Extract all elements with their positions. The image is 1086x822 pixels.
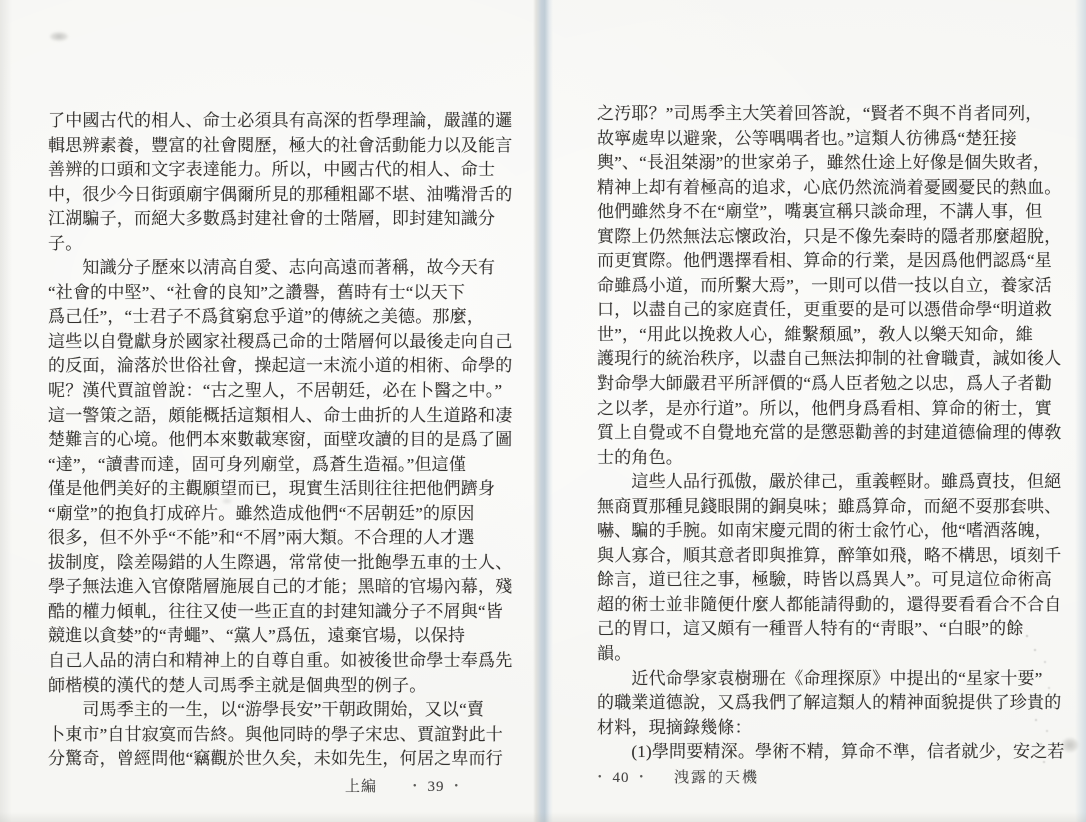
text-line: “社會的中堅”、“社會的良知”之讚譽，舊時有士“以天下: [48, 281, 534, 306]
text-line: 司馬季主的一生，以“游學長安”干朝政開始，又以“賣: [48, 698, 534, 723]
text-line: 自己人品的淸白和精神上的自尊自重。如被後世命學士奉爲先: [48, 649, 534, 674]
page-number-left: 39: [428, 779, 445, 795]
text-line: 爲己任”，“士君子不爲貧窮怠乎道”的傳統之美德。那麼，: [48, 305, 534, 330]
text-line: 實際上仍然無法忘懷政治，只是不像先秦時的隱者那麼超脫，: [597, 225, 1069, 250]
text-line: 世”，“用此以挽救人心，維繫頹風”，敎人以樂天知命，維: [597, 323, 1069, 348]
text-line: 精神上却有着極高的追求，心底仍然流淌着憂國憂民的熱血。: [597, 176, 1069, 201]
text-line: (1)學問要精深。學術不精，算命不準，信者就少，安之若: [597, 740, 1069, 765]
text-line: 命雖爲小道，而所繫大焉”，一則可以借一技以自立，養家活: [597, 274, 1069, 299]
text-line: 學子無法進入官僚階層施展自己的才能；黑暗的官場內幕，殘: [48, 575, 534, 600]
text-line: 己的胃口，這又頗有一種晋人特有的“靑眼”、“白眼”的餘: [597, 617, 1069, 642]
text-line: 之汚耶？”司馬季主大笑着回答說，“賢者不與不肖者同列，: [597, 102, 1069, 127]
scan-smudge: [222, 498, 232, 504]
text-line: 材料，現摘錄幾條：: [597, 716, 1069, 741]
book-title: 洩露的天機: [674, 770, 759, 786]
text-line: 他們雖然身不在“廟堂”，嘴裏宣稱只談命理，不講人事，但: [597, 200, 1069, 225]
text-line: 與人寡合，順其意者即與推算，醉筆如飛，略不構思，頃刻千: [597, 544, 1069, 569]
text-line: 這一警策之語，頗能概括這類相人、命士曲折的人生道路和凄: [48, 404, 534, 429]
text-line: 超的術士並非隨便什麼人都能請得動的，還得要看看合不合自: [597, 593, 1069, 618]
text-line: 江湖騙子，而絕大多數爲封建社會的士階層，即封建知識分: [48, 207, 534, 232]
footer-bullet: •: [455, 781, 460, 792]
text-line: 了中國古代的相人、命士必須具有高深的哲學理論，嚴謹的邏: [48, 109, 534, 134]
text-line: 呢？漢代賈誼曾說：“古之聖人，不居朝廷，必在卜醫之中。”: [48, 379, 534, 404]
footer-bullet: •: [640, 772, 645, 783]
scan-smudge: [50, 32, 68, 41]
pencil-marks: [1026, 635, 1028, 637]
text-line: 質上自覺或不自覺地充當的是懲惡勸善的封建道德倫理的傳敎: [597, 421, 1069, 446]
footer-bullet: •: [598, 772, 603, 783]
text-line: 對命學大師嚴君平所評價的“爲人臣者勉之以忠，爲人子者勸: [597, 372, 1069, 397]
text-line: 餘言，道已往之事，極驗，時皆以爲異人”。可見這位命術高: [597, 568, 1069, 593]
text-line: 這些以自覺獻身於國家社稷爲己命的士階層何以最後走向自己: [48, 330, 534, 355]
text-line: 的職業道德說，又爲我們了解這類人的精神面貌提供了珍貴的: [597, 691, 1069, 716]
footer-bullet: •: [413, 781, 418, 792]
text-line: 故寧處卑以避衆，公等喁喁者也。”這類人彷彿爲“楚狂接: [597, 127, 1069, 152]
text-line: 輯思辨素養，豐富的社會閱歷，極大的社會活動能力以及能言: [48, 134, 534, 159]
section-label: 上編: [345, 779, 377, 795]
text-line: 子。: [48, 232, 534, 257]
text-line: 善辨的口頭和文字表達能力。所以，中國古代的相人、命士: [48, 158, 534, 183]
text-line: 酷的權力傾軋，往往又使一些正直的封建知識分子不屑與“皆: [48, 600, 534, 625]
book-scan: 了中國古代的相人、命士必須具有高深的哲學理論，嚴謹的邏輯思辨素養，豐富的社會閱歷…: [0, 0, 1086, 822]
text-line: 的反面，淪落於世俗社會，操起這一末流小道的相術、命學的: [48, 354, 534, 379]
text-line: 韻。: [597, 642, 1069, 667]
text-line: 競進以貪婪”的“靑蠅”、“黨人”爲伍，遠棄官場，以保持: [48, 624, 534, 649]
text-line: 中，很少今日街頭廟宇偶爾所見的那種粗鄙不堪、油嘴滑舌的: [48, 183, 534, 208]
text-line: 這些人品行孤傲，嚴於律己，重義輕財。雖爲賣技，但絕: [597, 470, 1069, 495]
text-line: 口，以盡自己的家庭責任，更重要的是可以憑借命學“明道救: [597, 298, 1069, 323]
text-line: 士的角色。: [597, 446, 1069, 471]
text-line: 嚇、騙的手腕。如南宋慶元間的術士兪竹心，他“嗜酒落魄，: [597, 519, 1069, 544]
text-line: “達”，“讀書而達，固可身列廟堂，爲蒼生造福。”但這僅: [48, 453, 534, 478]
text-line: 師楷模的漢代的楚人司馬季主就是個典型的例子。: [48, 674, 534, 699]
text-line: 而更實際。他們選擇看相、算命的行業，是因爲他們認爲“星: [597, 249, 1069, 274]
left-page-footer: 上編•39•: [345, 775, 469, 796]
text-line: 之以孝，是亦行道”。所以，他們身爲看相、算命的術士，實: [597, 397, 1069, 422]
text-line: 知識分子歷來以淸高自愛、志向高遠而著稱，故今天有: [48, 256, 534, 281]
text-line: 近代命學家袁樹珊在《命理探原》中提出的“星家十要”: [597, 667, 1069, 692]
right-page-text: 之汚耶？”司馬季主大笑着回答說，“賢者不與不肖者同列，故寧處卑以避衆，公等喁喁者…: [597, 102, 1069, 765]
text-line: 護現行的統治秩序，以盡自己無法抑制的社會職責，誠如後人: [597, 347, 1069, 372]
text-line: 輿”、“長沮桀溺”的世家弟子，雖然仕途上好像是個失敗者，: [597, 151, 1069, 176]
text-line: 分驚奇，曾經問他“竊觀於世久矣，未如先生，何居之卑而行: [48, 747, 534, 772]
page-edge-left: [0, 0, 12, 822]
text-line: “廟堂”的抱負打成碎片。雖然造成他們“不居朝廷”的原因: [48, 502, 534, 527]
page-edge-right: [1075, 0, 1086, 822]
page-edge-bottom: [0, 812, 1086, 822]
binding-gutter: [533, 0, 553, 822]
right-page-footer: •40•洩露的天機: [598, 766, 759, 787]
scan-smudge: [1062, 738, 1078, 752]
text-line: 很多，但不外乎“不能”和“不屑”兩大類。不合理的人才選: [48, 526, 534, 551]
page-number-right: 40: [613, 770, 630, 786]
text-line: 無商賈那種見錢眼開的銅臭味；雖爲算命，而絕不耍那套哄、: [597, 495, 1069, 520]
text-line: 拔制度，陰差陽錯的人生際遇，常常使一批飽學五車的士人、: [48, 551, 534, 576]
text-line: 卜東市”自甘寂寞而告終。與他同時的學子宋忠、賈誼對此十: [48, 723, 534, 748]
left-page-text: 了中國古代的相人、命士必須具有高深的哲學理論，嚴謹的邏輯思辨素養，豐富的社會閱歷…: [48, 109, 534, 772]
text-line: 楚難言的心境。他們本來數載寒窗，面壁攻讀的目的是爲了圖: [48, 428, 534, 453]
text-line: 僅是他們美好的主觀願望而已，現實生活則往往把他們躋身: [48, 477, 534, 502]
